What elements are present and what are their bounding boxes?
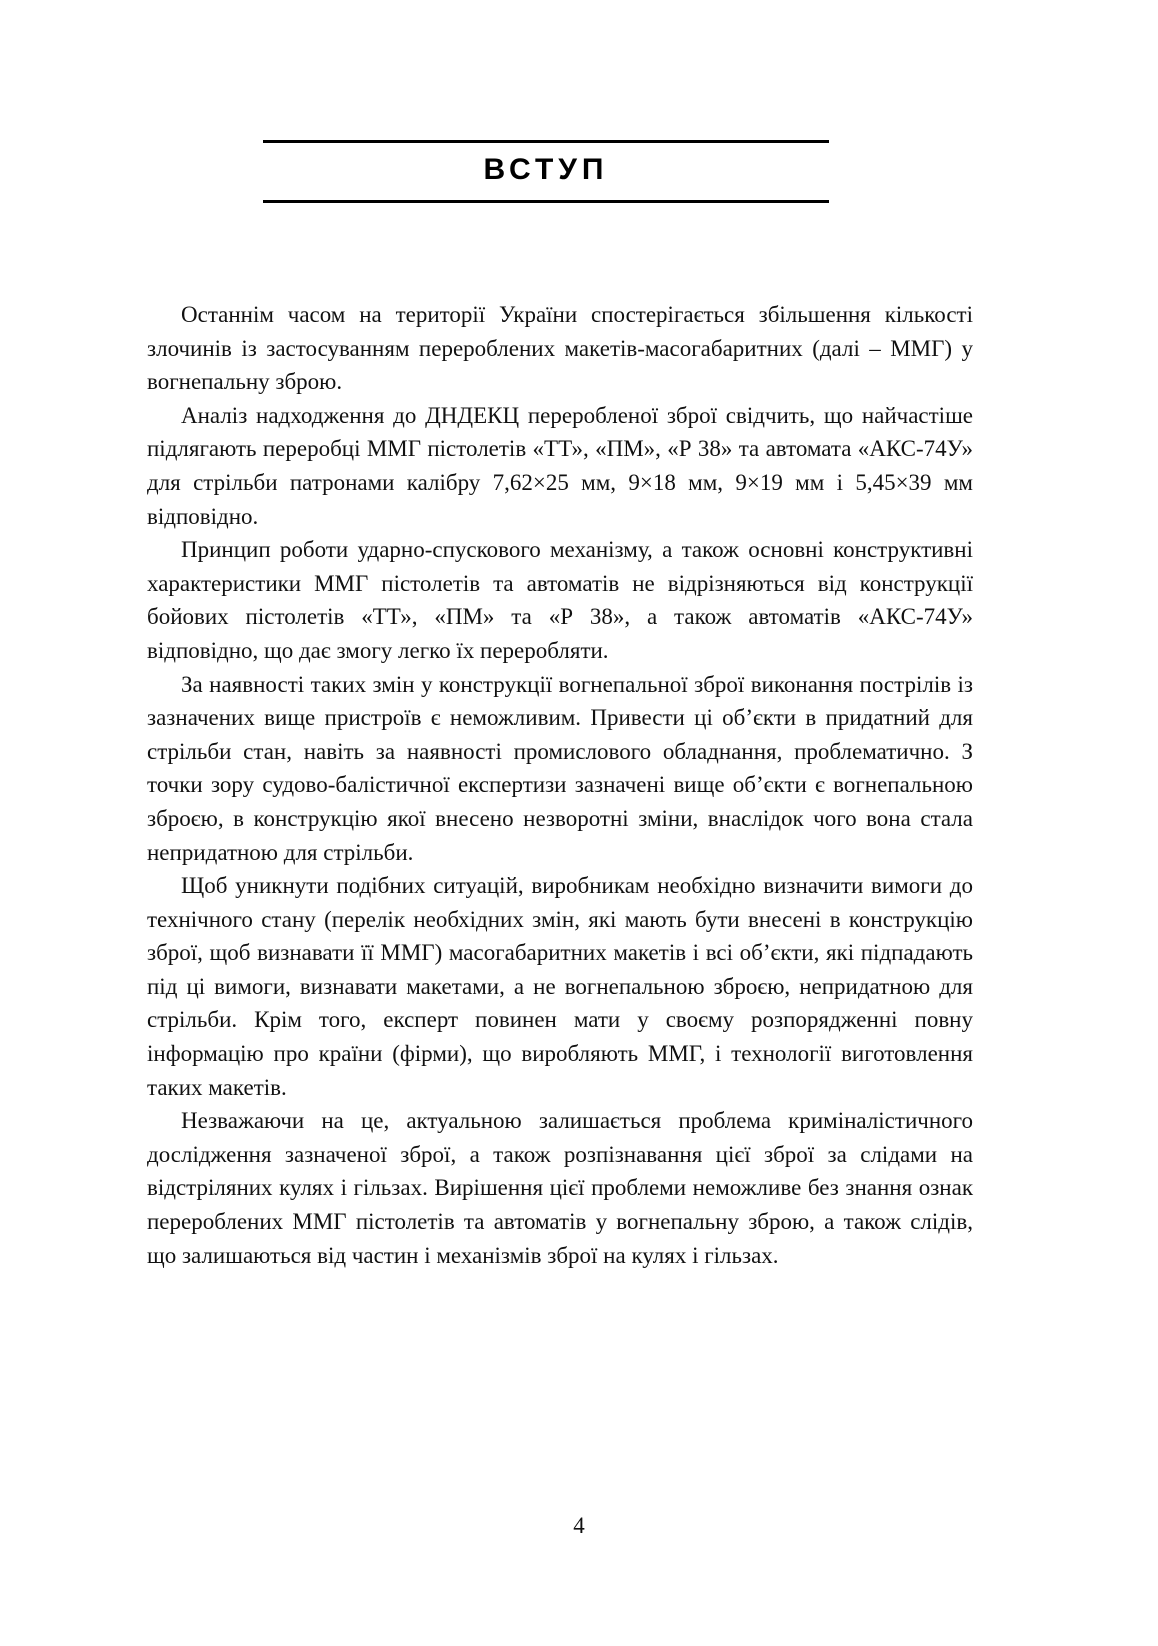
heading-bottom-rule: [263, 200, 829, 203]
document-page: ВСТУП Останнім часом на території Україн…: [0, 0, 1158, 1646]
section-heading: ВСТУП: [263, 150, 829, 190]
paragraph-4: За наявності таких змін у конструкції во…: [147, 668, 973, 870]
page-number: 4: [0, 1513, 1158, 1539]
heading-top-rule: [263, 140, 829, 143]
paragraph-6: Незважаючи на це, актуальною залишається…: [147, 1104, 973, 1272]
paragraph-3: Принцип роботи ударно-спускового механіз…: [147, 533, 973, 667]
paragraph-1: Останнім часом на території України спос…: [147, 298, 973, 399]
body-text: Останнім часом на території України спос…: [147, 298, 973, 1272]
paragraph-5: Щоб уникнути подібних ситуацій, виробник…: [147, 869, 973, 1104]
paragraph-2: Аналіз надходження до ДНДЕКЦ перероблено…: [147, 399, 973, 533]
heading-block: ВСТУП: [263, 140, 829, 202]
